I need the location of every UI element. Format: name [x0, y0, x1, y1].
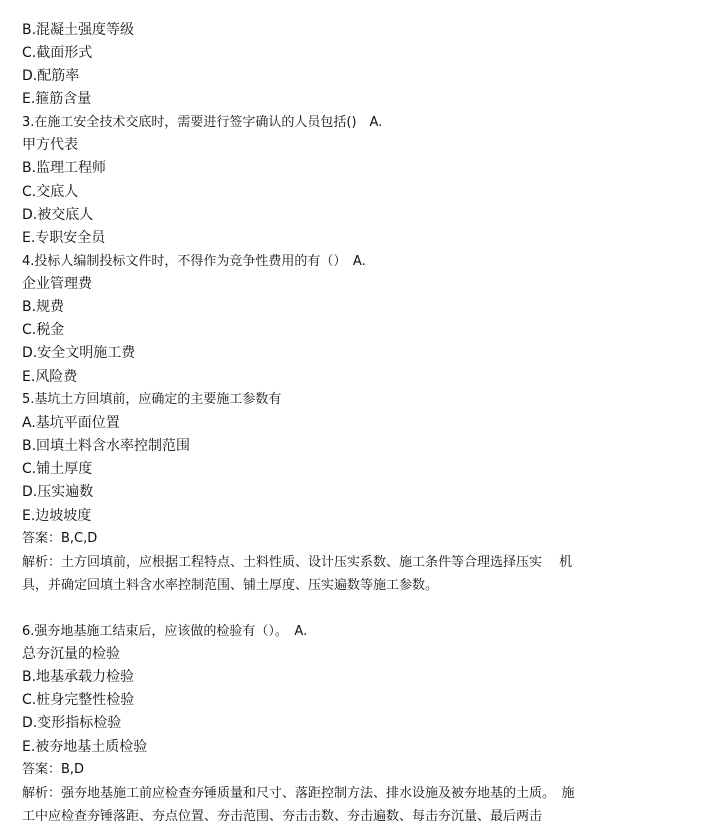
- option-text: B.回填土料含水率控制范围: [22, 436, 190, 456]
- question-text: 3.在施工安全技术交底时，需要进行签字确认的人员包括() A.: [22, 113, 382, 133]
- option-text: B.监理工程师: [22, 158, 106, 178]
- option-text: 企业管理费: [22, 274, 92, 294]
- option-text: D.变形指标检验: [22, 713, 121, 733]
- option-text: C.截面形式: [22, 43, 92, 63]
- explanation-text: 具，并确定回填土料含水率控制范围、铺土厚度、压实遍数等施工参数。: [22, 576, 438, 596]
- option-text: 总夯沉量的检验: [22, 644, 120, 664]
- answer-text: 答案：B,D: [22, 760, 84, 780]
- option-text: B.规费: [22, 297, 64, 317]
- option-text: B.混凝土强度等级: [22, 20, 134, 40]
- explanation-text: 工中应检查夯锤落距、夯点位置、夯击范围、夯击击数、夯击遍数、每击夯沉量、最后两击: [22, 807, 542, 825]
- option-text: E.箍筋含量: [22, 89, 91, 109]
- explanation-text: 解析：强夯地基施工前应检查夯锤质量和尺寸、落距控制方法、排水设施及被夯地基的土质…: [22, 784, 575, 804]
- option-text: C.交底人: [22, 182, 78, 202]
- option-text: C.税金: [22, 320, 64, 340]
- option-text: E.被夯地基土质检验: [22, 737, 147, 757]
- question-text: 4.投标人编制投标文件时，不得作为竞争性费用的有（） A.: [22, 252, 366, 272]
- option-text: D.安全文明施工费: [22, 343, 135, 363]
- option-text: C.铺土厚度: [22, 459, 92, 479]
- option-text: 甲方代表: [22, 135, 78, 155]
- option-text: E.专职安全员: [22, 228, 105, 248]
- option-text: A.基坑平面位置: [22, 413, 120, 433]
- explanation-text: 解析：土方回填前，应根据工程特点、土料性质、设计压实系数、施工条件等合理选择压实…: [22, 553, 572, 573]
- question-text: 5.基坑土方回填前，应确定的主要施工参数有: [22, 390, 281, 410]
- option-text: D.被交底人: [22, 205, 93, 225]
- option-text: E.风险费: [22, 367, 77, 387]
- option-text: D.配筋率: [22, 66, 79, 86]
- question-text: 6.强夯地基施工结束后，应该做的检验有（）。 A.: [22, 622, 307, 642]
- option-text: D.压实遍数: [22, 482, 93, 502]
- option-text: E.边坡坡度: [22, 506, 91, 526]
- answer-text: 答案：B,C,D: [22, 529, 97, 549]
- option-text: C.桩身完整性检验: [22, 690, 134, 710]
- option-text: B.地基承载力检验: [22, 667, 134, 687]
